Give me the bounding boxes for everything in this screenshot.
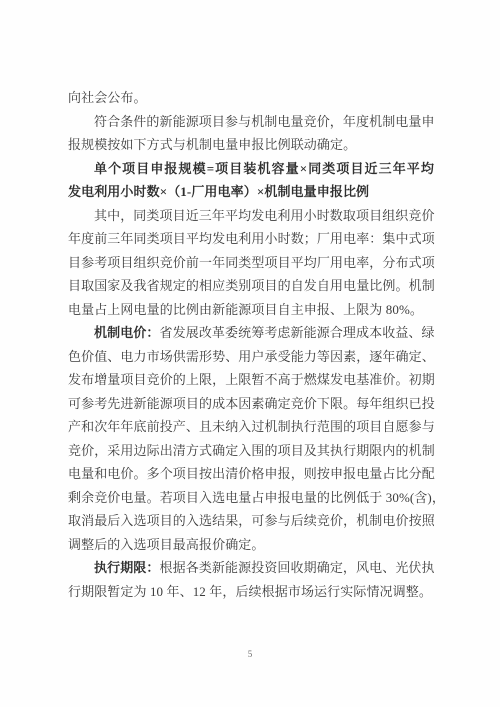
text-run: 报规模按如下方式与机制电量申报比例联动确定。	[68, 137, 356, 152]
text-line: 年度前三年同类项目平均发电利用小时数；厂用电率：集中式项	[68, 227, 434, 251]
text-line: 执行期限：根据各类新能源投资回收期确定，风电、光伏执	[68, 556, 434, 580]
text-run: 向社会公布。	[68, 90, 147, 105]
text-run: 可参考先进新能源项目的成本因素确定竞价下限。每年组织已投	[68, 396, 435, 411]
text-line: 发布增量项目竞价的上限，上限暂不高于燃煤发电基准价。初期	[68, 368, 434, 392]
text-run: 目取国家及我省规定的相应类别项目的自发自用电量比例。机制	[68, 278, 435, 293]
text-run: 竞价，采用边际出清方式确定入围的项目及其执行期限内的机制	[68, 443, 435, 458]
page-footer: 5	[0, 644, 500, 662]
text-line: 产和次年年底前投产、且未纳入过机制执行范围的项目自愿参与	[68, 415, 434, 439]
text-run: 发布增量项目竞价的上限，上限暂不高于燃煤发电基准价。初期	[68, 372, 435, 387]
document-page: 向社会公布。符合条件的新能源项目参与机制电量竞价，年度机制电量申报规模按如下方式…	[0, 0, 500, 707]
text-line: 向社会公布。	[68, 86, 434, 110]
text-run: 其中，同类项目近三年平均发电利用小时数取项目组织竞价	[94, 208, 435, 223]
text-run: 剩余竞价电量。若项目入选电量占申报电量的比例低于 30%(含)，	[68, 490, 445, 505]
text-line: 符合条件的新能源项目参与机制电量竞价，年度机制电量申	[68, 110, 434, 134]
text-run-bold: 机制电价：	[94, 325, 160, 340]
text-run: 电量占上网电量的比例由新能源项目自主申报、上限为 80%。	[68, 302, 423, 317]
text-line: 剩余竞价电量。若项目入选电量占申报电量的比例低于 30%(含)，	[68, 486, 434, 510]
text-line: 色价值、电力市场供需形势、用户承受能力等因素，逐年确定、	[68, 345, 434, 369]
text-line: 目参考项目组织竞价前一年同类型项目平均厂用电率，分布式项	[68, 251, 434, 275]
text-run: 调整后的入选项目最高报价确定。	[68, 537, 265, 552]
text-run: 符合条件的新能源项目参与机制电量竞价，年度机制电量申	[94, 114, 435, 129]
text-run: 根据各类新能源投资回收期确定，风电、光伏执	[160, 560, 435, 575]
text-run: 取消最后入选项目的入选结果，可参与后续竞价，机制电价按照	[68, 513, 435, 528]
text-line: 可参考先进新能源项目的成本因素确定竞价下限。每年组织已投	[68, 392, 434, 416]
text-line: 竞价，采用边际出清方式确定入围的项目及其执行期限内的机制	[68, 439, 434, 463]
text-run: 省发展改革委统筹考虑新能源合理成本收益、绿	[160, 325, 435, 340]
text-run: 电量和电价。多个项目按出清价格申报，则按申报电量占比分配	[68, 466, 435, 481]
document-body: 向社会公布。符合条件的新能源项目参与机制电量竞价，年度机制电量申报规模按如下方式…	[68, 86, 434, 603]
text-line: 其中，同类项目近三年平均发电利用小时数取项目组织竞价	[68, 204, 434, 228]
text-line: 发电利用小时数×（1-厂用电率）×机制电量申报比例	[68, 180, 434, 204]
text-run-bold: 发电利用小时数×（1-厂用电率）×机制电量申报比例	[68, 184, 369, 199]
text-line: 取消最后入选项目的入选结果，可参与后续竞价，机制电价按照	[68, 509, 434, 533]
text-run: 年度前三年同类项目平均发电利用小时数；厂用电率：集中式项	[68, 231, 435, 246]
text-run: 产和次年年底前投产、且未纳入过机制执行范围的项目自愿参与	[68, 419, 435, 434]
text-run-bold: 单个项目申报规模=项目装机容量×同类项目近三年平均	[94, 161, 434, 176]
text-run: 目参考项目组织竞价前一年同类型项目平均厂用电率，分布式项	[68, 255, 435, 270]
text-line: 报规模按如下方式与机制电量申报比例联动确定。	[68, 133, 434, 157]
text-run: 色价值、电力市场供需形势、用户承受能力等因素，逐年确定、	[68, 349, 435, 364]
text-line: 调整后的入选项目最高报价确定。	[68, 533, 434, 557]
text-run: 行期限暂定为 10 年、12 年，后续根据市场运行实际情况调整。	[68, 584, 432, 599]
text-line: 目取国家及我省规定的相应类别项目的自发自用电量比例。机制	[68, 274, 434, 298]
text-line: 机制电价：省发展改革委统筹考虑新能源合理成本收益、绿	[68, 321, 434, 345]
text-line: 行期限暂定为 10 年、12 年，后续根据市场运行实际情况调整。	[68, 580, 434, 604]
text-line: 电量占上网电量的比例由新能源项目自主申报、上限为 80%。	[68, 298, 434, 322]
text-line: 电量和电价。多个项目按出清价格申报，则按申报电量占比分配	[68, 462, 434, 486]
page-number: 5	[248, 649, 253, 659]
text-run-bold: 执行期限：	[94, 560, 160, 575]
text-line: 单个项目申报规模=项目装机容量×同类项目近三年平均	[68, 157, 434, 181]
